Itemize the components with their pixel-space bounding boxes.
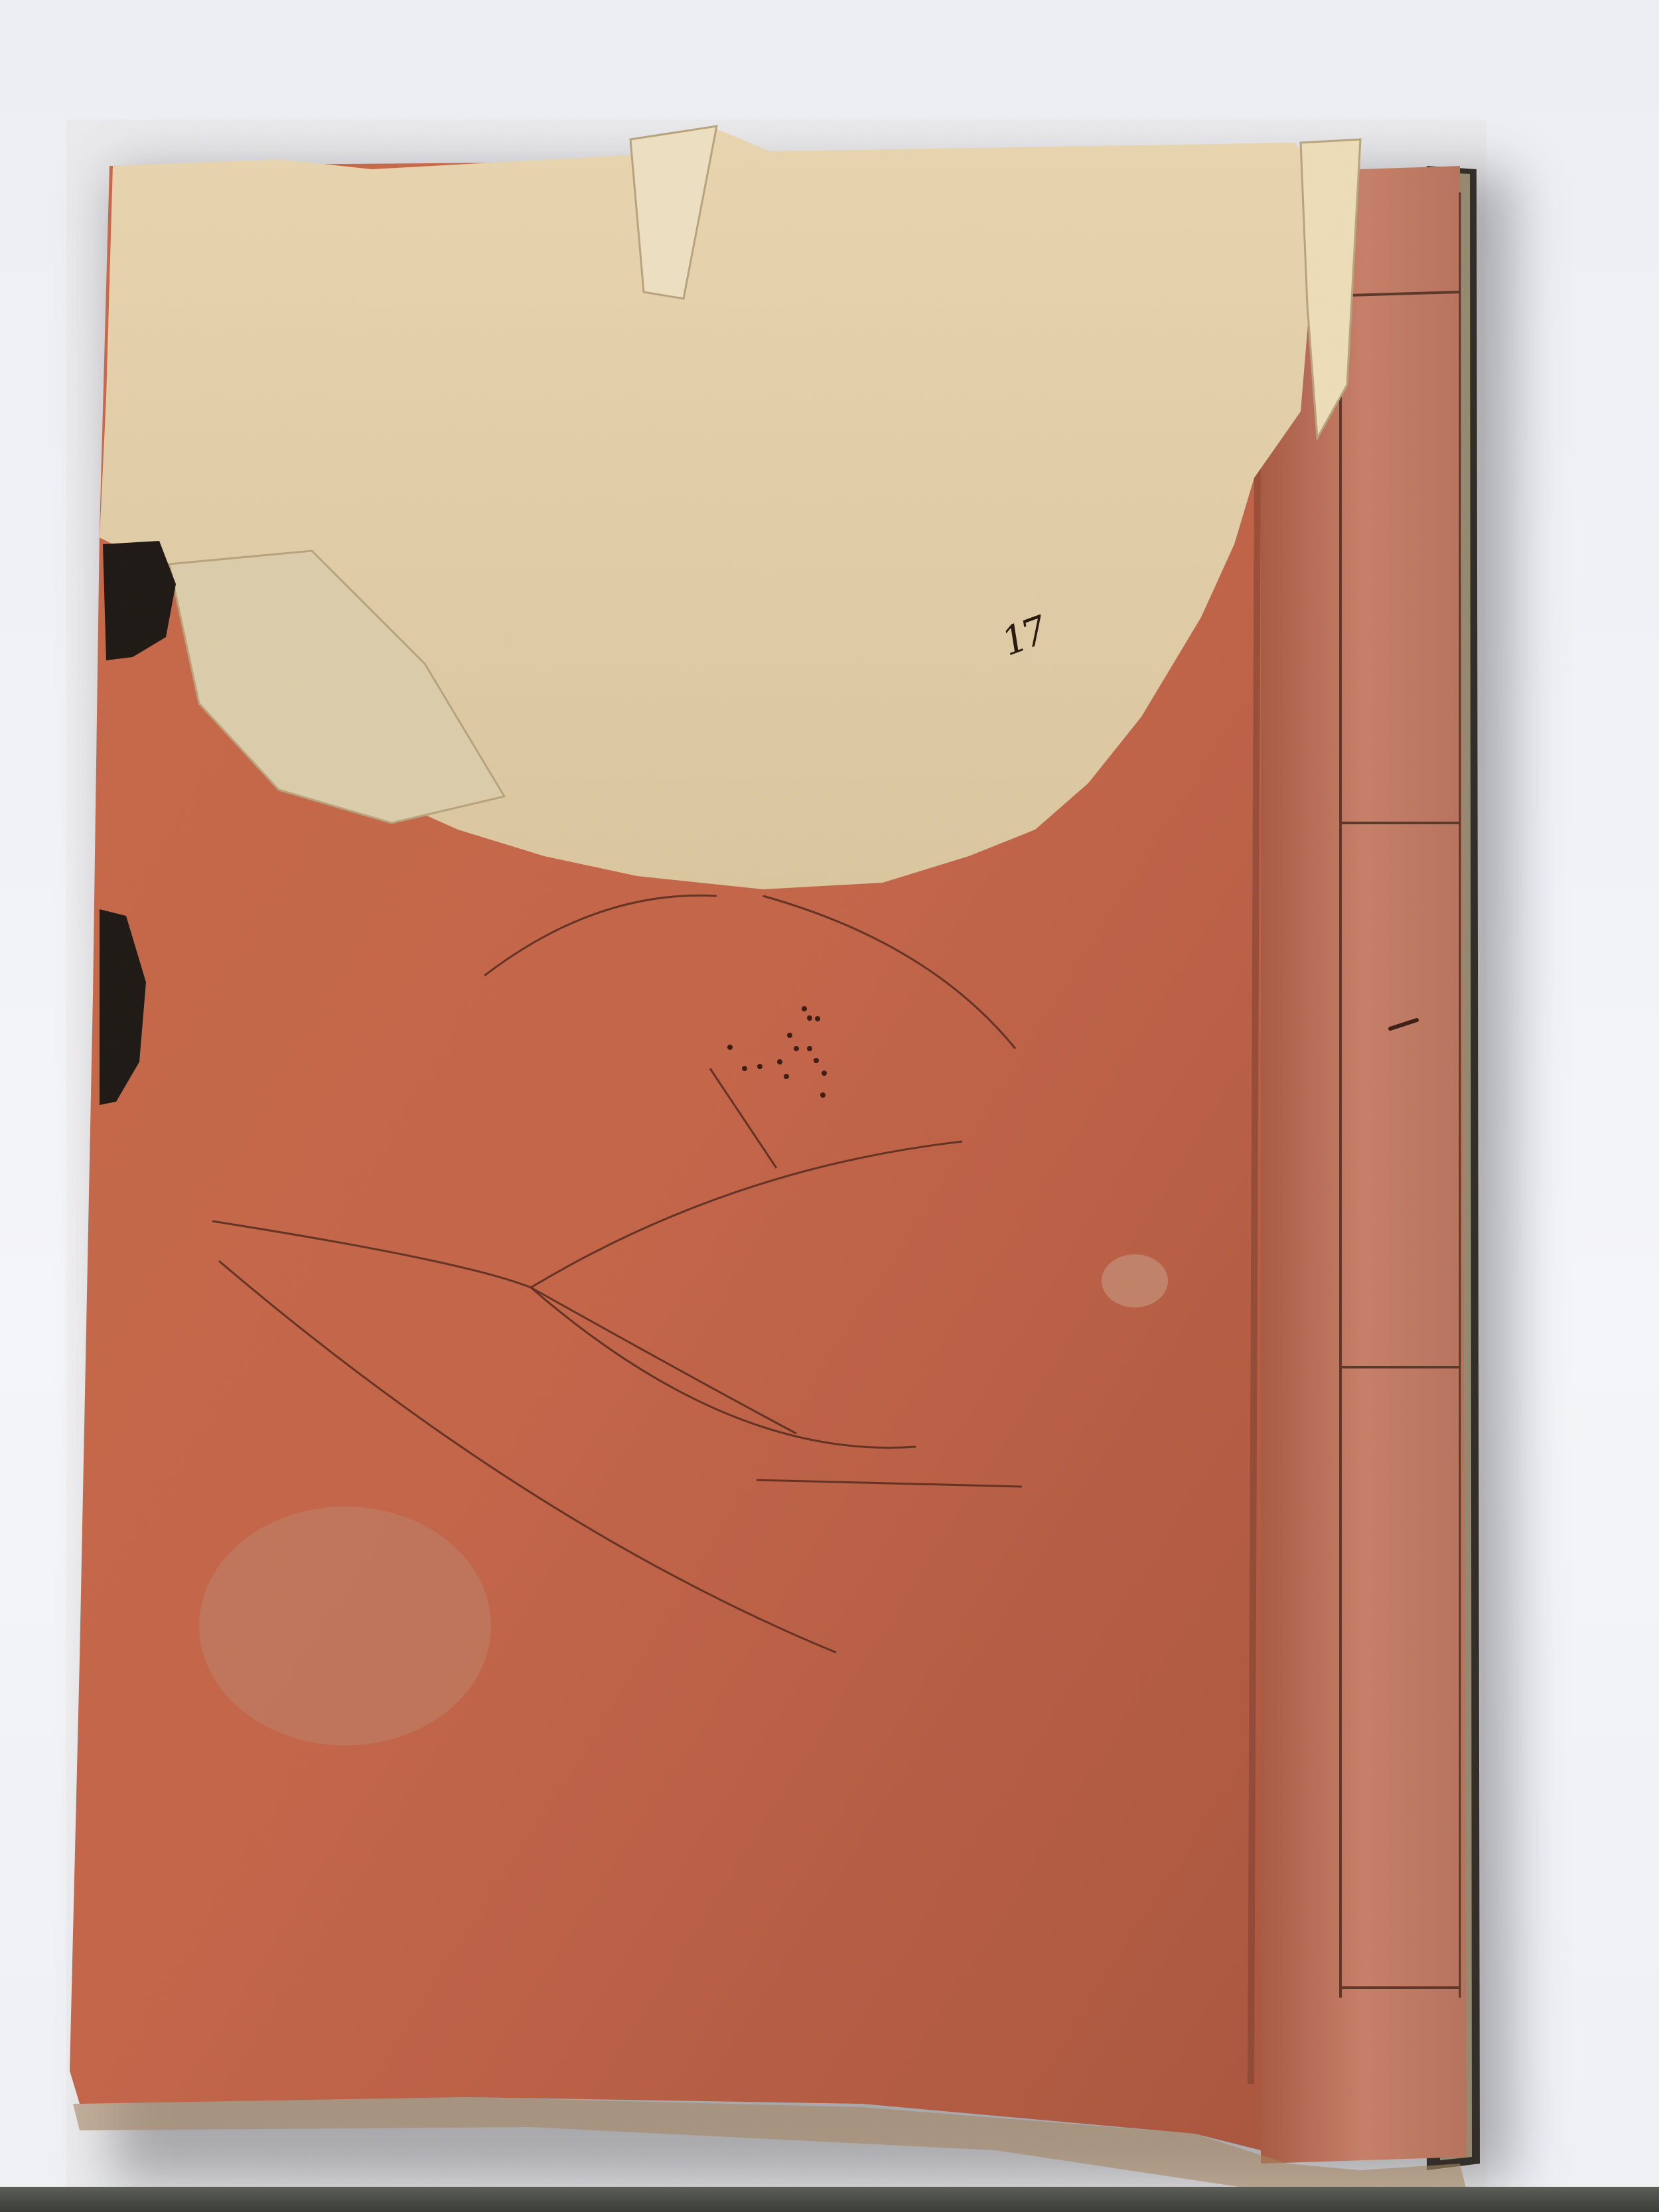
photo-scene: 17 <box>0 0 1659 2212</box>
table-edge <box>0 2187 1659 2212</box>
book-cover-illustration <box>0 0 1659 2212</box>
